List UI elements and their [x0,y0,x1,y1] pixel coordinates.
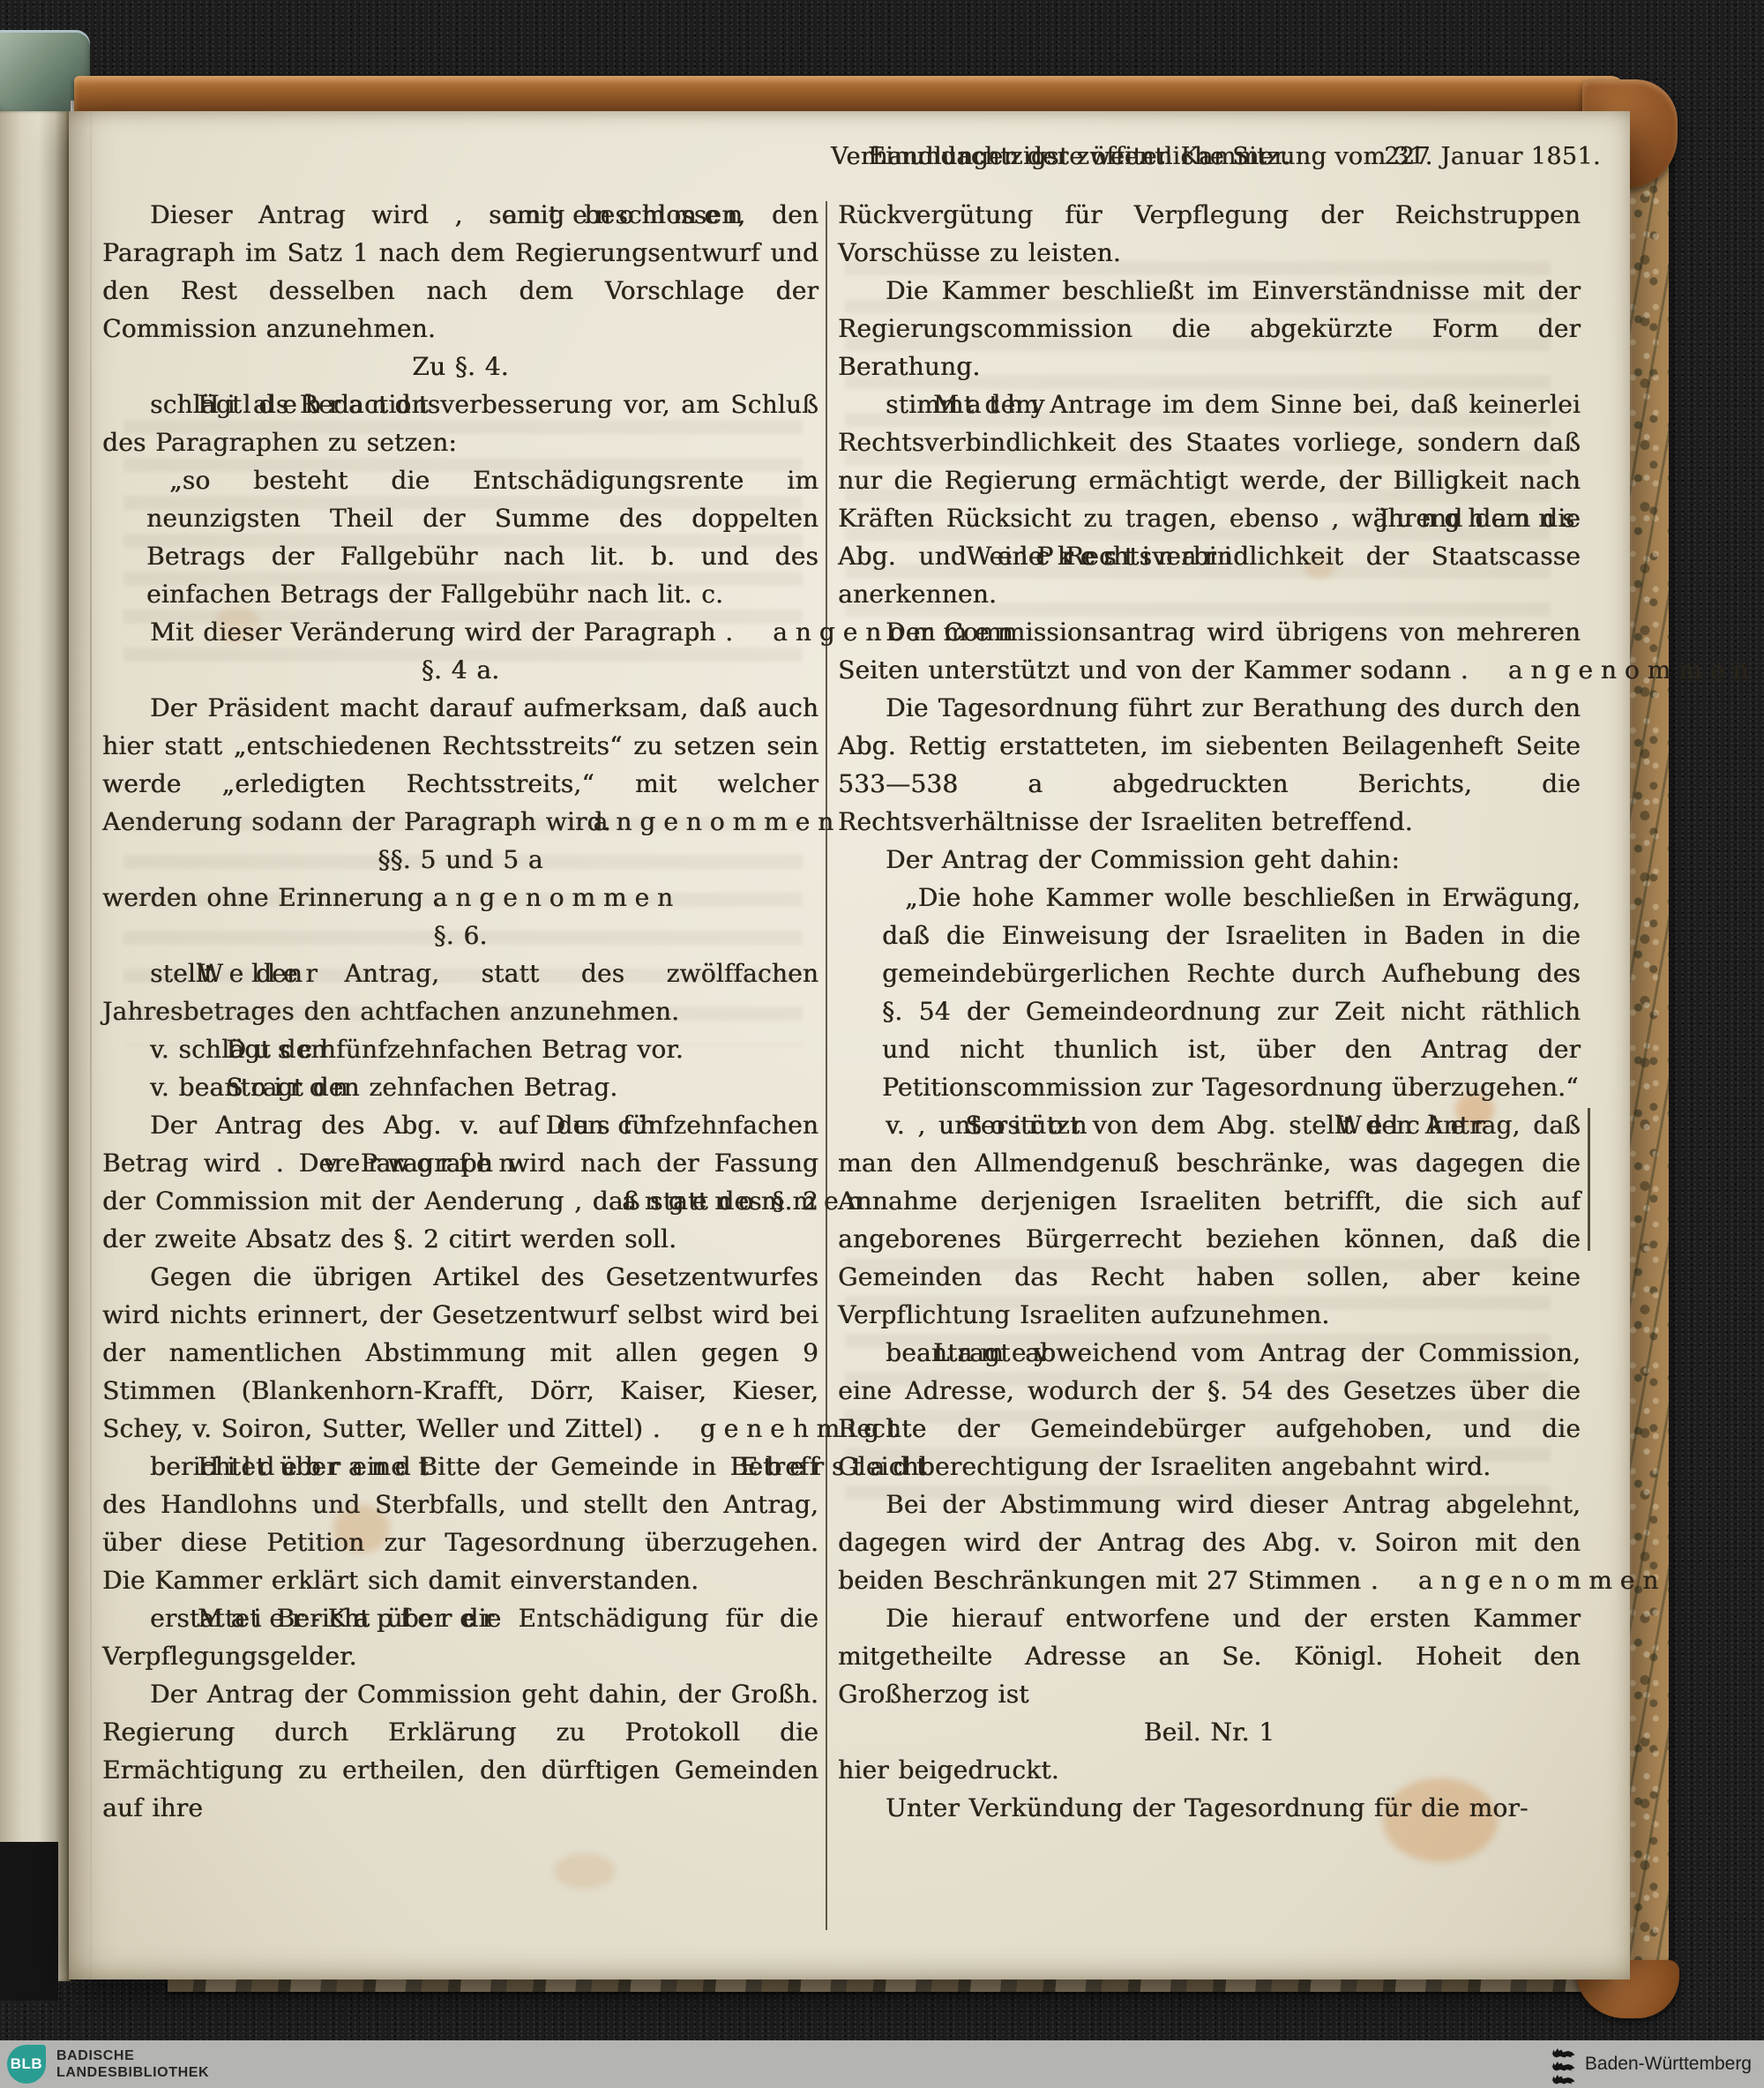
text-block: Gegen die übrigen Artikel des Gesetzentw… [102,1258,818,1448]
text-block: Unter Verkündung der Tagesordnung für di… [838,1789,1581,1827]
emphasized-name: Welcker [1289,1106,1492,1144]
state-branding: Baden-Württemberg [1550,2040,1752,2088]
emphasized-name: verworfen [276,1144,523,1182]
text-block: Der Präsident macht darauf aufmerksam, d… [102,689,818,841]
emphasized-name: Junghanns [1331,499,1582,537]
text-block: Lamey beantragt abweichend vom Antrag de… [838,1334,1581,1486]
photo-background: Verhandlungen der zweiten Kammer.Einunda… [0,0,1764,2088]
text-block: Die Tagesordnung führt zur Berathung des… [838,689,1581,841]
text-block: Der Antrag der Commission geht dahin, de… [102,1675,818,1827]
text-block: werden ohne Erinnerung angenommen. [102,879,818,917]
text-block: Maier-Kapferer erstattet Bericht über di… [102,1599,818,1675]
state-name: Baden-Württemberg [1585,2054,1752,2075]
book-page: Verhandlungen der zweiten Kammer.Einunda… [69,111,1630,1979]
header-title-right: Einundachtzigste öffentliche Sitzung vom… [868,143,1601,170]
text-block: v. Soiron, unterstützt von dem Abg. Welc… [838,1106,1581,1334]
emphasized-name: Weller [150,954,325,992]
blb-logo-text: BLB [11,2055,42,2073]
emphasized-name: Maier-Kapferer [150,1599,502,1637]
text-block: Die Kammer beschließt im Einverständniss… [838,272,1581,385]
text-block: Die hierauf entworfene und der ersten Ka… [838,1599,1581,1713]
column-divider [826,201,827,1930]
text-block: „Die hohe Kammer wolle beschließen in Er… [838,879,1581,1106]
library-name-line2: LANDESBIBLIOTHEK [56,2064,209,2081]
emphasized-name: angenommen [455,196,751,234]
emphasized-name: Mathy [886,385,1052,423]
emphasized-name: Prestinari [989,537,1239,575]
text-block: „so besteht die Entschädigungsrente im n… [102,461,818,613]
text-block: Hildebrandt berichtet über eine Bitte de… [102,1448,818,1599]
text-block: Der Antrag des Abg. v. Dusch auf den fün… [102,1106,818,1258]
text-block: Dieser Antrag wird angenommen, somit bes… [102,196,818,348]
text-block: v. Dusch schlägt den fünfzehnfachen Betr… [102,1030,818,1068]
emphasized-name: angenommen [546,803,841,841]
margin-mark-line [1588,1108,1590,1251]
foxing-stain [554,1853,616,1889]
text-block: Der Commissionsantrag wird übrigens von … [838,613,1581,689]
text-block: Hildebrandt schlägt als Redactionsverbes… [102,385,818,461]
text-block: §§. 5 und 5 a [102,841,818,879]
library-name: BADISCHE LANDESBIBLIOTHEK [56,2047,209,2081]
page-header: Verhandlungen der zweiten Kammer.Einunda… [104,143,1595,178]
text-block: Mit dieser Veränderung wird der Paragrap… [102,613,818,651]
text-block: Weller stellt den Antrag, statt des zwöl… [102,954,818,1030]
emphasized-name: angenommen [1371,1561,1666,1599]
text-block: §. 4 a. [102,651,818,689]
right-column: Rückvergütung für Verpflegung der Reichs… [838,196,1581,1827]
text-block: Mathy stimmt dem Antrage im dem Sinne be… [838,385,1581,613]
emphasized-name: Hildebrandt [150,1448,437,1486]
text-block: §. 6. [102,917,818,954]
emphasized-name: Soiron [917,1106,1095,1144]
text-block: Bei der Abstimmung wird dieser Antrag ab… [838,1486,1581,1599]
page-crease [90,111,92,1979]
baden-wuerttemberg-coat-of-arms [1550,2044,1576,2084]
library-name-line1: BADISCHE [56,2047,209,2064]
emphasized-name: angenommen [433,879,681,917]
text-block: Zu §. 4. [102,348,818,385]
page-number: 227 [1384,143,1431,170]
text-block: Beil. Nr. 1 [838,1713,1581,1751]
emphasized-name: Soiron [178,1068,355,1106]
text-block: v. Soiron beantragt den zehnfachen Betra… [102,1068,818,1106]
text-block: Rückvergütung für Verpflegung der Reichs… [838,196,1581,272]
blb-logo: BLB [7,2045,46,2084]
text-block: hier beigedruckt. [838,1751,1581,1789]
emphasized-name: Hildebrandt [150,385,437,423]
emphasized-name: Dusch [178,1030,343,1068]
shadow-bottom-left [0,1842,58,2001]
emphasized-name: Lamey [886,1334,1056,1372]
left-column: Dieser Antrag wird angenommen, somit bes… [102,196,818,1827]
book-cover-marbled-right-edge [1628,102,1669,2002]
emphasized-name: angenommen [1461,651,1756,689]
facing-page-gutter [0,111,71,1981]
text-block: Der Antrag der Commission geht dahin: [838,841,1581,879]
viewer-footer: BLB BADISCHE LANDESBIBLIOTHEK Baden-Würt… [0,2040,1764,2088]
emphasized-name: Dusch [498,1106,663,1144]
